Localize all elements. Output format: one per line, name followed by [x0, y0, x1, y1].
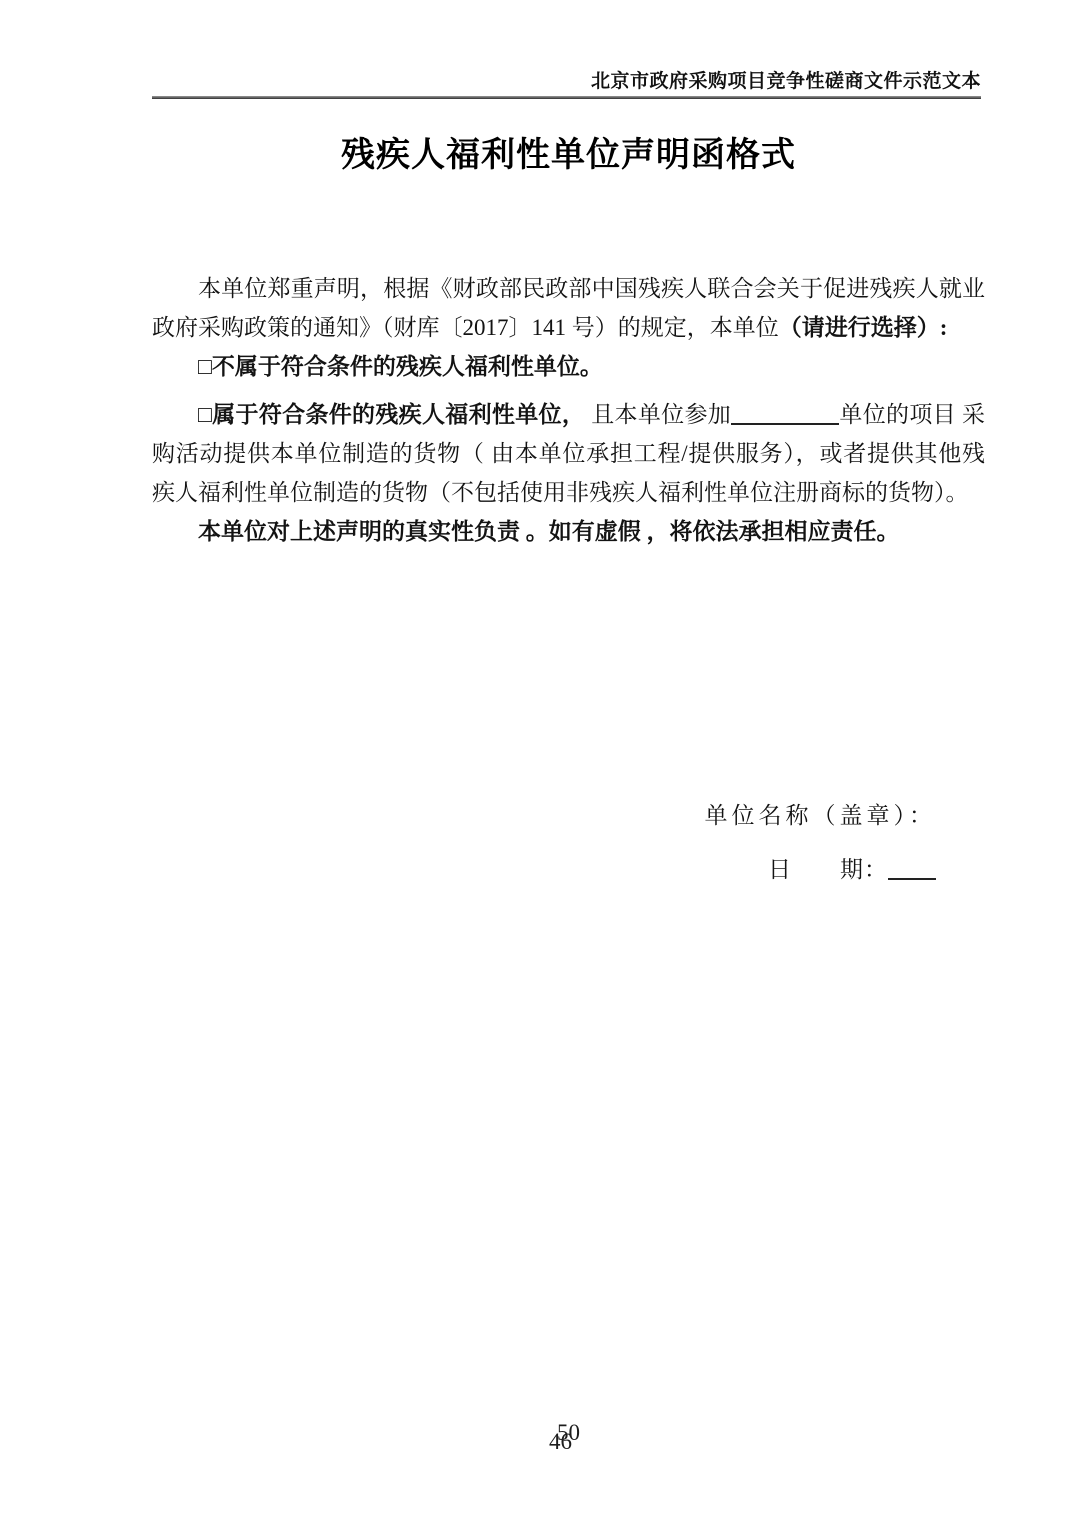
date-label: 日 期：: [768, 857, 888, 882]
checkbox-icon[interactable]: □: [198, 354, 212, 379]
date-line: 日 期：: [705, 851, 937, 884]
signature-block: 单位名称（盖章）： 日 期：: [705, 797, 937, 884]
document-page: 北京市政府采购项目竞争性磋商文件示范文本 残疾人福利性单位声明函格式 本单位郑重…: [0, 0, 1080, 1527]
document-title: 残疾人福利性单位声明函格式: [152, 127, 985, 176]
page-number-area: 50 46: [0, 1420, 1080, 1464]
header-rule: [152, 96, 981, 99]
option-not-qualified: □不属于符合条件的残疾人福利性单位。: [152, 347, 985, 386]
intro-choose-instruction: （请进行选择）:: [779, 315, 948, 340]
document-body: 本单位郑重声明，根据《财政部民政部中国残疾人联合会关于促进残疾人就业政府采购政策…: [152, 269, 985, 551]
unit-name-seal-label: 单位名称（盖章）：: [705, 797, 937, 830]
option-not-qualified-label: 不属于符合条件的残疾人福利性单位。: [212, 354, 603, 379]
option-qualified: □属于符合条件的残疾人福利性单位， 且本单位参加单位的项目 采购活动提供本单位制…: [152, 395, 985, 512]
page-number-lower: 46: [549, 1429, 572, 1455]
option-qualified-text-before-blank: 且本单位参加: [585, 402, 731, 427]
intro-paragraph: 本单位郑重声明，根据《财政部民政部中国残疾人联合会关于促进残疾人就业政府采购政策…: [152, 269, 985, 347]
responsibility-statement: 本单位对上述声明的真实性负责 。如有虚假 ，将依法承担相应责任。: [152, 512, 985, 551]
checkbox-icon[interactable]: □: [198, 402, 212, 427]
date-blank-line[interactable]: [888, 855, 936, 880]
option-qualified-label: 属于符合条件的残疾人福利性单位，: [212, 402, 585, 427]
fill-in-blank-line[interactable]: [731, 400, 839, 425]
page-header-text: 北京市政府采购项目竞争性磋商文件示范文本: [591, 66, 981, 93]
